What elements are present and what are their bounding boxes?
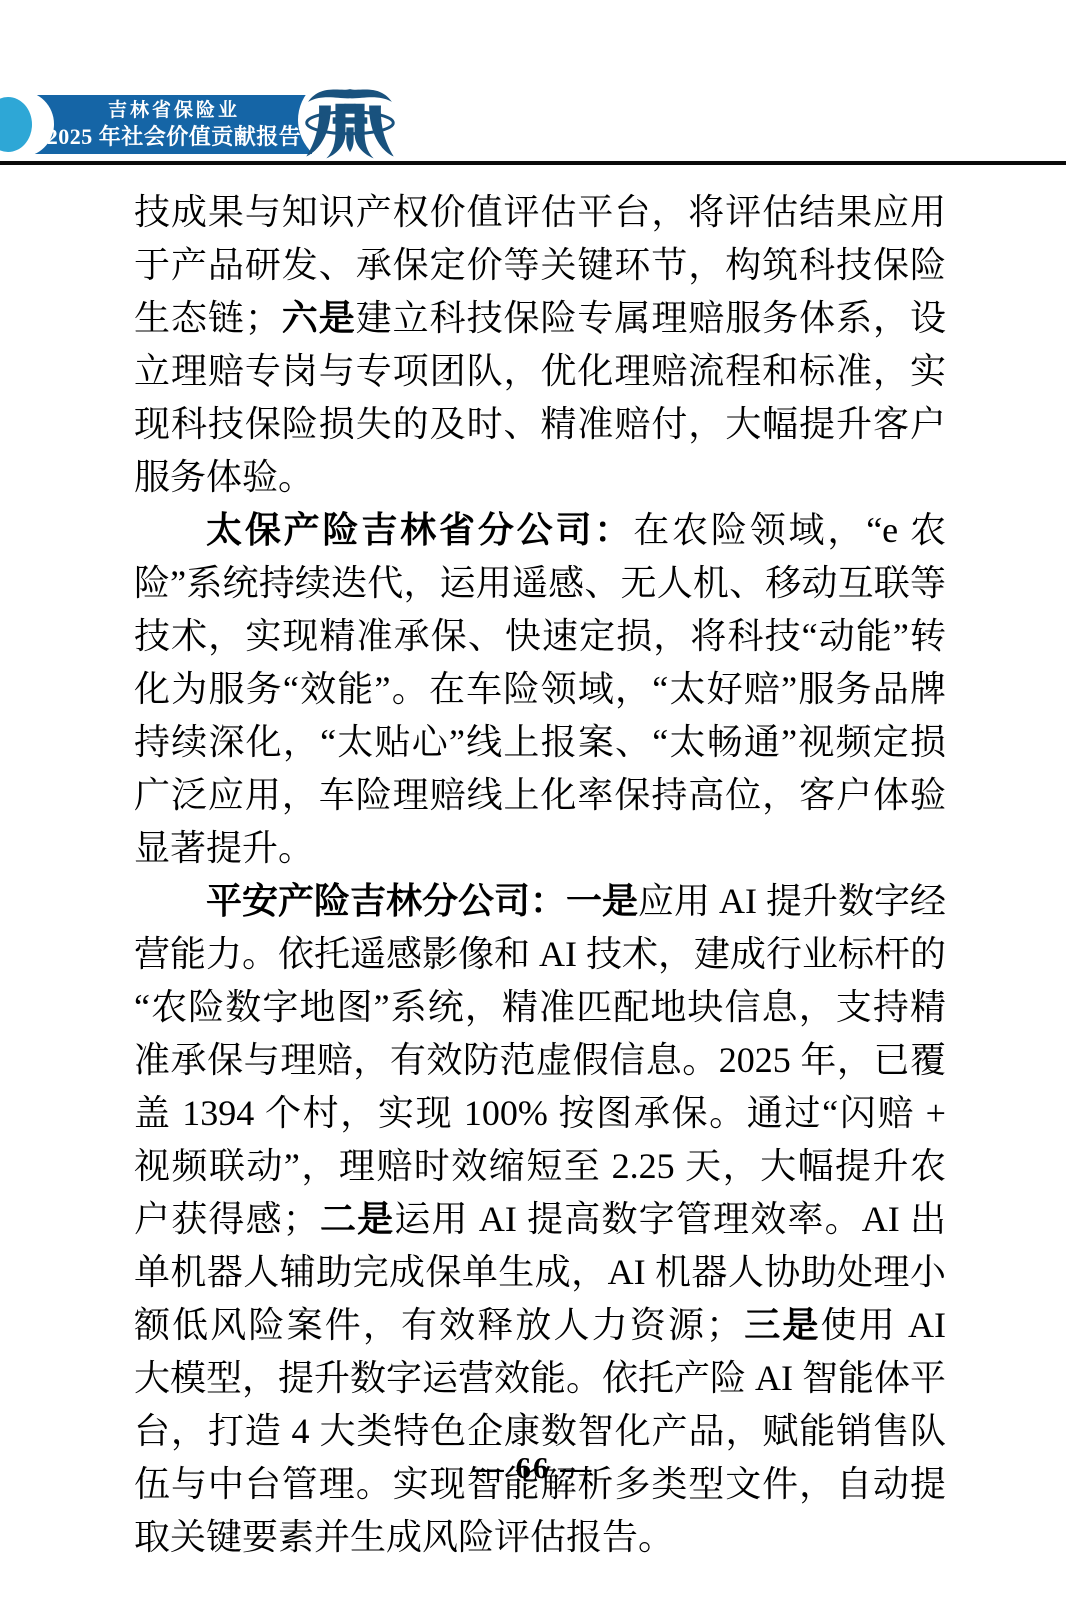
text-run: 在农险领域，“e 农险”系统持续迭代，运用遥感、无人机、移动互联等技术，实现精准… (134, 510, 946, 868)
bold-text-run: 平安产险吉林分公司：一是 (206, 881, 638, 921)
report-page: 吉林省保险业 2025 年社会价值贡献报告 (0, 0, 1066, 1600)
paragraph: 技成果与知识产权价值评估平台，将评估结果应用于产品研发、承保定价等关键环节，构筑… (134, 186, 946, 504)
bold-text-run: 二是 (319, 1199, 395, 1239)
bold-text-run: 太保产险吉林省分公司： (206, 510, 633, 550)
banner-title-line2: 2025 年社会价值贡献报告 (40, 123, 308, 151)
header-rule (0, 161, 1066, 165)
bold-text-run: 三是 (742, 1305, 820, 1345)
body-text: 技成果与知识产权价值评估平台，将评估结果应用于产品研发、承保定价等关键环节，构筑… (134, 186, 946, 1564)
jilin-insurance-logo-icon (304, 80, 396, 162)
banner-title: 吉林省保险业 2025 年社会价值贡献报告 (40, 99, 308, 151)
banner-title-line1: 吉林省保险业 (40, 99, 308, 123)
bold-text-run: 六是 (281, 298, 356, 338)
page-number: — 66 — (0, 1450, 1066, 1486)
paragraph: 太保产险吉林省分公司：在农险领域，“e 农险”系统持续迭代，运用遥感、无人机、移… (134, 504, 946, 875)
text-run: 应用 AI 提升数字经营能力。依托遥感影像和 AI 技术，建成行业标杆的“农险数… (134, 881, 946, 1239)
